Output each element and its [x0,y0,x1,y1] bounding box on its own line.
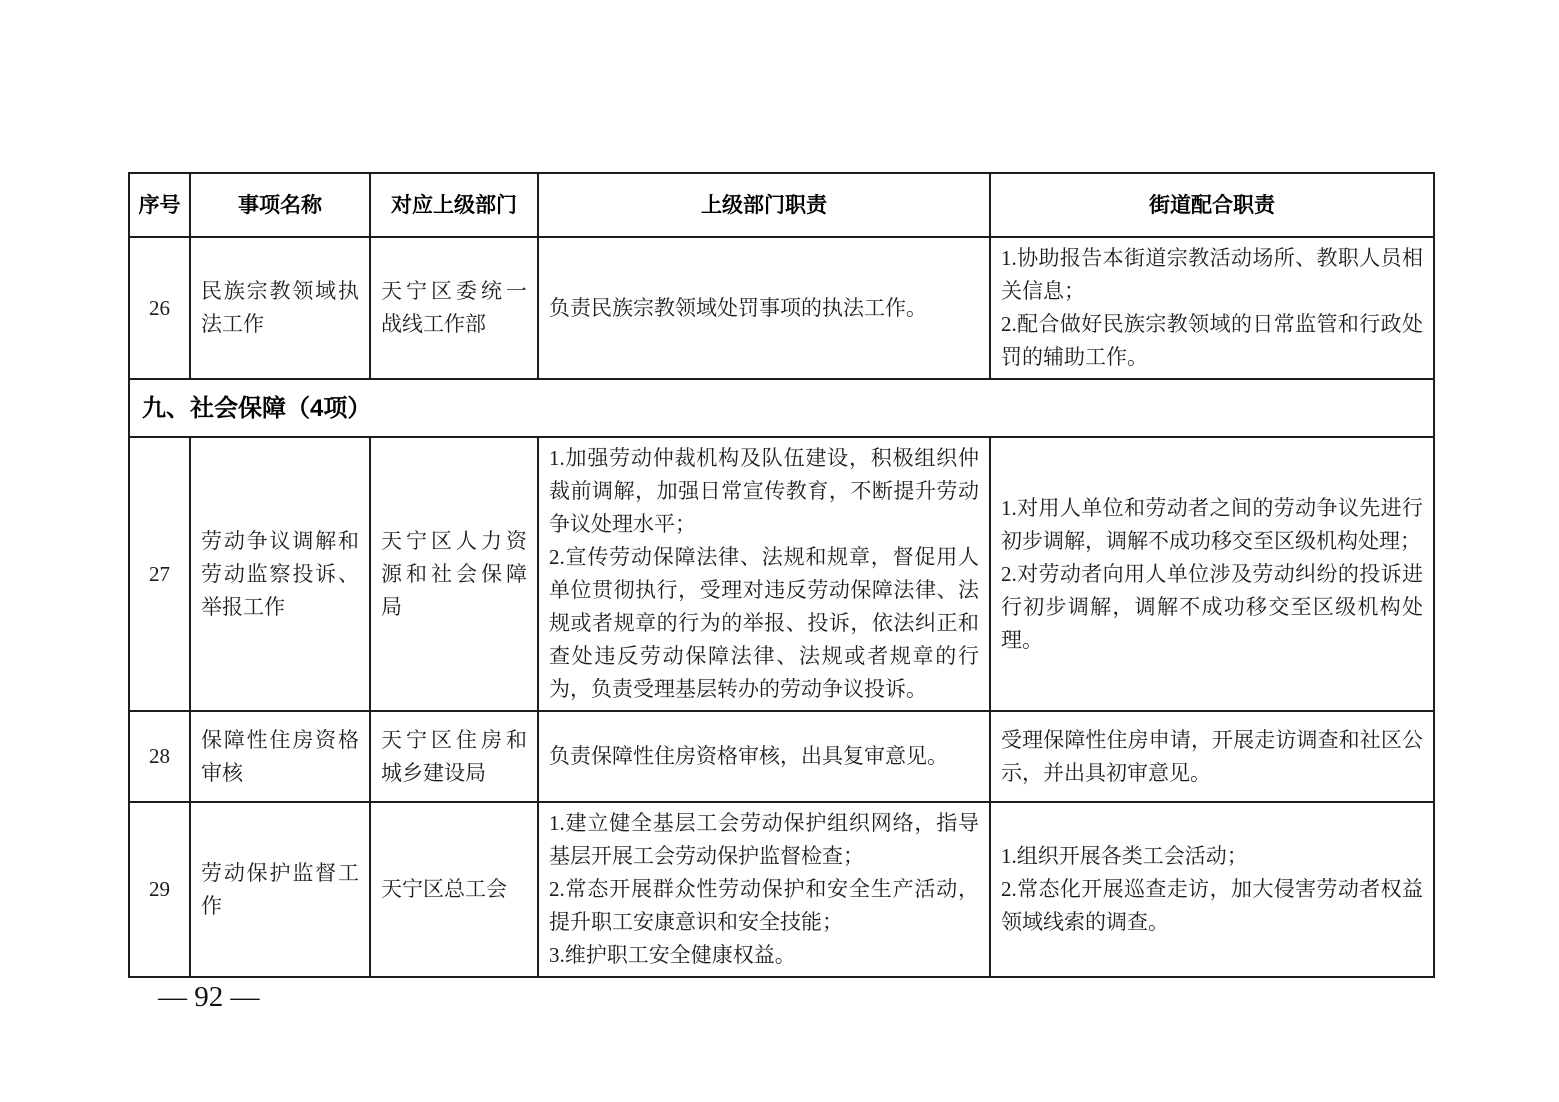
row-27-street-duties: 1.对用人单位和劳动者之间的劳动争议先进行初步调解，调解不成功移交至区级机构处理… [990,437,1434,711]
duty-paragraph: 1.对用人单位和劳动者之间的劳动争议先进行初步调解，调解不成功移交至区级机构处理… [1001,492,1423,558]
duty-paragraph: 2.宣传劳动保障法律、法规和规章，督促用人单位贯彻执行，受理对违反劳动保障法律、… [549,541,979,706]
header-cell-item-name: 事项名称 [190,173,370,237]
duty-paragraph: 1.协助报告本街道宗教活动场所、教职人员相关信息； [1001,242,1423,308]
table-row-26: 26 民族宗教领域执法工作 天宁区委统一战线工作部 负责民族宗教领域处罚事项的执… [129,237,1434,379]
duty-paragraph: 2.对劳动者向用人单位涉及劳动纠纷的投诉进行初步调解，调解不成功移交至区级机构处… [1001,558,1423,657]
table-row-28: 28 保障性住房资格审核 天宁区住房和城乡建设局 负责保障性住房资格审核，出具复… [129,711,1434,802]
row-29-index: 29 [129,802,190,977]
row-29-department: 天宁区总工会 [370,802,538,977]
duty-paragraph: 1.组织开展各类工会活动； [1001,840,1423,873]
row-27-index: 27 [129,437,190,711]
duty-paragraph: 1.建立健全基层工会劳动保护组织网络，指导基层开展工会劳动保护监督检查； [549,807,979,873]
row-28-department: 天宁区住房和城乡建设局 [370,711,538,802]
row-26-item-name: 民族宗教领域执法工作 [190,237,370,379]
row-27-department: 天宁区人力资源和社会保障局 [370,437,538,711]
row-28-item-name: 保障性住房资格审核 [190,711,370,802]
duty-paragraph: 2.常态开展群众性劳动保护和安全生产活动，提升职工安康意识和安全技能； [549,873,979,939]
row-26-superior-duties: 负责民族宗教领域处罚事项的执法工作。 [538,237,990,379]
duties-table: 序号 事项名称 对应上级部门 上级部门职责 街道配合职责 26 民族宗教领域执法… [128,172,1435,978]
duty-paragraph: 3.维护职工安全健康权益。 [549,939,979,972]
header-cell-street-duties: 街道配合职责 [990,173,1434,237]
duty-paragraph: 2.配合做好民族宗教领域的日常监管和行政处罚的辅助工作。 [1001,308,1423,374]
row-26-index: 26 [129,237,190,379]
row-27-superior-duties: 1.加强劳动仲裁机构及队伍建设，积极组织仲裁前调解，加强日常宣传教育，不断提升劳… [538,437,990,711]
duty-paragraph: 受理保障性住房申请，开展走访调查和社区公示，并出具初审意见。 [1001,724,1423,790]
row-28-index: 28 [129,711,190,802]
section-header-row: 九、社会保障（4项） [129,379,1434,437]
row-27-item-name: 劳动争议调解和劳动监察投诉、举报工作 [190,437,370,711]
row-29-superior-duties: 1.建立健全基层工会劳动保护组织网络，指导基层开展工会劳动保护监督检查； 2.常… [538,802,990,977]
duty-paragraph: 2.常态化开展巡查走访，加大侵害劳动者权益领域线索的调查。 [1001,873,1423,939]
table-row-29: 29 劳动保护监督工作 天宁区总工会 1.建立健全基层工会劳动保护组织网络，指导… [129,802,1434,977]
header-cell-department: 对应上级部门 [370,173,538,237]
row-28-superior-duties: 负责保障性住房资格审核，出具复审意见。 [538,711,990,802]
duty-paragraph: 1.加强劳动仲裁机构及队伍建设，积极组织仲裁前调解，加强日常宣传教育，不断提升劳… [549,442,979,541]
page-number: — 92 — [158,981,260,1014]
row-29-street-duties: 1.组织开展各类工会活动； 2.常态化开展巡查走访，加大侵害劳动者权益领域线索的… [990,802,1434,977]
row-26-street-duties: 1.协助报告本街道宗教活动场所、教职人员相关信息； 2.配合做好民族宗教领域的日… [990,237,1434,379]
section-title: 九、社会保障（4项） [129,379,1434,437]
header-cell-index: 序号 [129,173,190,237]
duty-paragraph: 负责民族宗教领域处罚事项的执法工作。 [549,292,979,325]
row-29-item-name: 劳动保护监督工作 [190,802,370,977]
row-26-department: 天宁区委统一战线工作部 [370,237,538,379]
document-page: 序号 事项名称 对应上级部门 上级部门职责 街道配合职责 26 民族宗教领域执法… [0,0,1559,1102]
header-cell-superior-duties: 上级部门职责 [538,173,990,237]
table-row-27: 27 劳动争议调解和劳动监察投诉、举报工作 天宁区人力资源和社会保障局 1.加强… [129,437,1434,711]
duty-paragraph: 负责保障性住房资格审核，出具复审意见。 [549,740,979,773]
row-28-street-duties: 受理保障性住房申请，开展走访调查和社区公示，并出具初审意见。 [990,711,1434,802]
table-header-row: 序号 事项名称 对应上级部门 上级部门职责 街道配合职责 [129,173,1434,237]
